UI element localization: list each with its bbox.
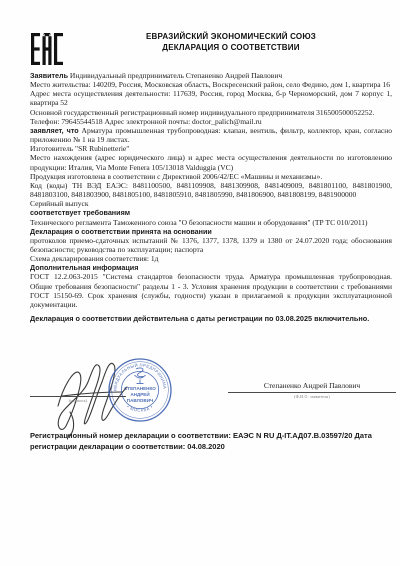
product-description: Арматура промышленная трубопроводная: кл… xyxy=(30,126,392,144)
scheme-line: Схема декларирования соответствия: 1д xyxy=(30,254,392,263)
applicant-label: Заявитель xyxy=(30,71,68,80)
eac-logo-icon xyxy=(31,33,63,65)
residence-line: Место жительства: 140209, Россия, Москов… xyxy=(30,80,392,89)
fullname-line xyxy=(228,392,396,393)
stamp-name-line1: СТЕПАНЕНКО xyxy=(124,386,156,391)
declaration-document: ЕВРАЗИЙСКИЙ ЭКОНОМИЧЕСКИЙ СОЮЗ ДЕКЛАРАЦИ… xyxy=(0,0,400,566)
additional-info-label: Дополнительная информация xyxy=(30,263,392,272)
tnved-codes-line: Код (коды) ТН ВЭД ЕАЭС: 8481100500, 8481… xyxy=(30,181,392,199)
declaration-body: Заявитель Индивидуальный предприниматель… xyxy=(30,71,392,323)
basis-label: Декларация о соответствии принята на осн… xyxy=(30,227,392,236)
stamp-name-line3: ПАВЛОВИЧ xyxy=(127,398,153,403)
union-name: ЕВРАЗИЙСКИЙ ЭКОНОМИЧЕСКИЙ СОЮЗ xyxy=(95,31,367,42)
activity-address-line: Адрес места осуществления деятельности: … xyxy=(30,89,392,107)
stamp-ring-bottom-text: • МОСКВА • xyxy=(126,404,154,413)
declares-line: заявляет, что Арматура промышленная труб… xyxy=(30,126,392,144)
serial-line: Серийный выпуск xyxy=(30,199,392,208)
signature-caption: (подпись) xyxy=(40,398,116,403)
applicant-value: Индивидуальный предприниматель Степаненк… xyxy=(70,71,282,80)
fullname-caption: (Ф.И.О. заявителя) xyxy=(228,394,396,399)
applicant-line: Заявитель Индивидуальный предприниматель… xyxy=(30,71,392,80)
medical-bowl-icon xyxy=(135,368,146,384)
complies-label: соответствует требованиям xyxy=(30,208,392,217)
document-type-title: ДЕКЛАРАЦИЯ О СООТВЕТСТВИИ xyxy=(95,42,367,53)
document-header: ЕВРАЗИЙСКИЙ ЭКОНОМИЧЕСКИЙ СОЮЗ ДЕКЛАРАЦИ… xyxy=(95,31,367,53)
svg-text:• МОСКВА •: • МОСКВА • xyxy=(126,404,154,413)
contacts-line: Телефон: 79645544518 Адрес электронной п… xyxy=(30,117,392,126)
directive-line: Продукция изготовлена в соответствии с Д… xyxy=(30,172,392,181)
signature-line xyxy=(30,396,126,397)
round-stamp: ИНДИВИДУАЛЬНЫЙ ПРЕДПРИНИМАТЕЛЬ • МОСКВА … xyxy=(108,358,172,422)
manufacturer-address-line: Место нахождения (адрес юридического лиц… xyxy=(30,153,392,171)
ogrnip-line: Основной государственный регистрационный… xyxy=(30,108,392,117)
stamp-name-line2: АНДРЕЙ xyxy=(130,390,149,397)
applicant-fullname: Степаненко Андрей Павлович xyxy=(228,381,396,390)
declares-label: заявляет, что xyxy=(30,126,79,135)
registration-info: Регистрационный номер декларации о соотв… xyxy=(30,431,396,452)
complies-line: Технического регламента Таможенного союз… xyxy=(30,218,392,227)
basis-line: протоколов приемо-сдаточных испытаний № … xyxy=(30,236,392,254)
validity-line: Декларация о соответствии действительна … xyxy=(30,314,392,323)
manufacturer-line: Изготовитель "SR Rubinetterie" xyxy=(30,144,392,153)
additional-info-line: ГОСТ 12.2.063-2015 "Система стандартов б… xyxy=(30,272,392,309)
